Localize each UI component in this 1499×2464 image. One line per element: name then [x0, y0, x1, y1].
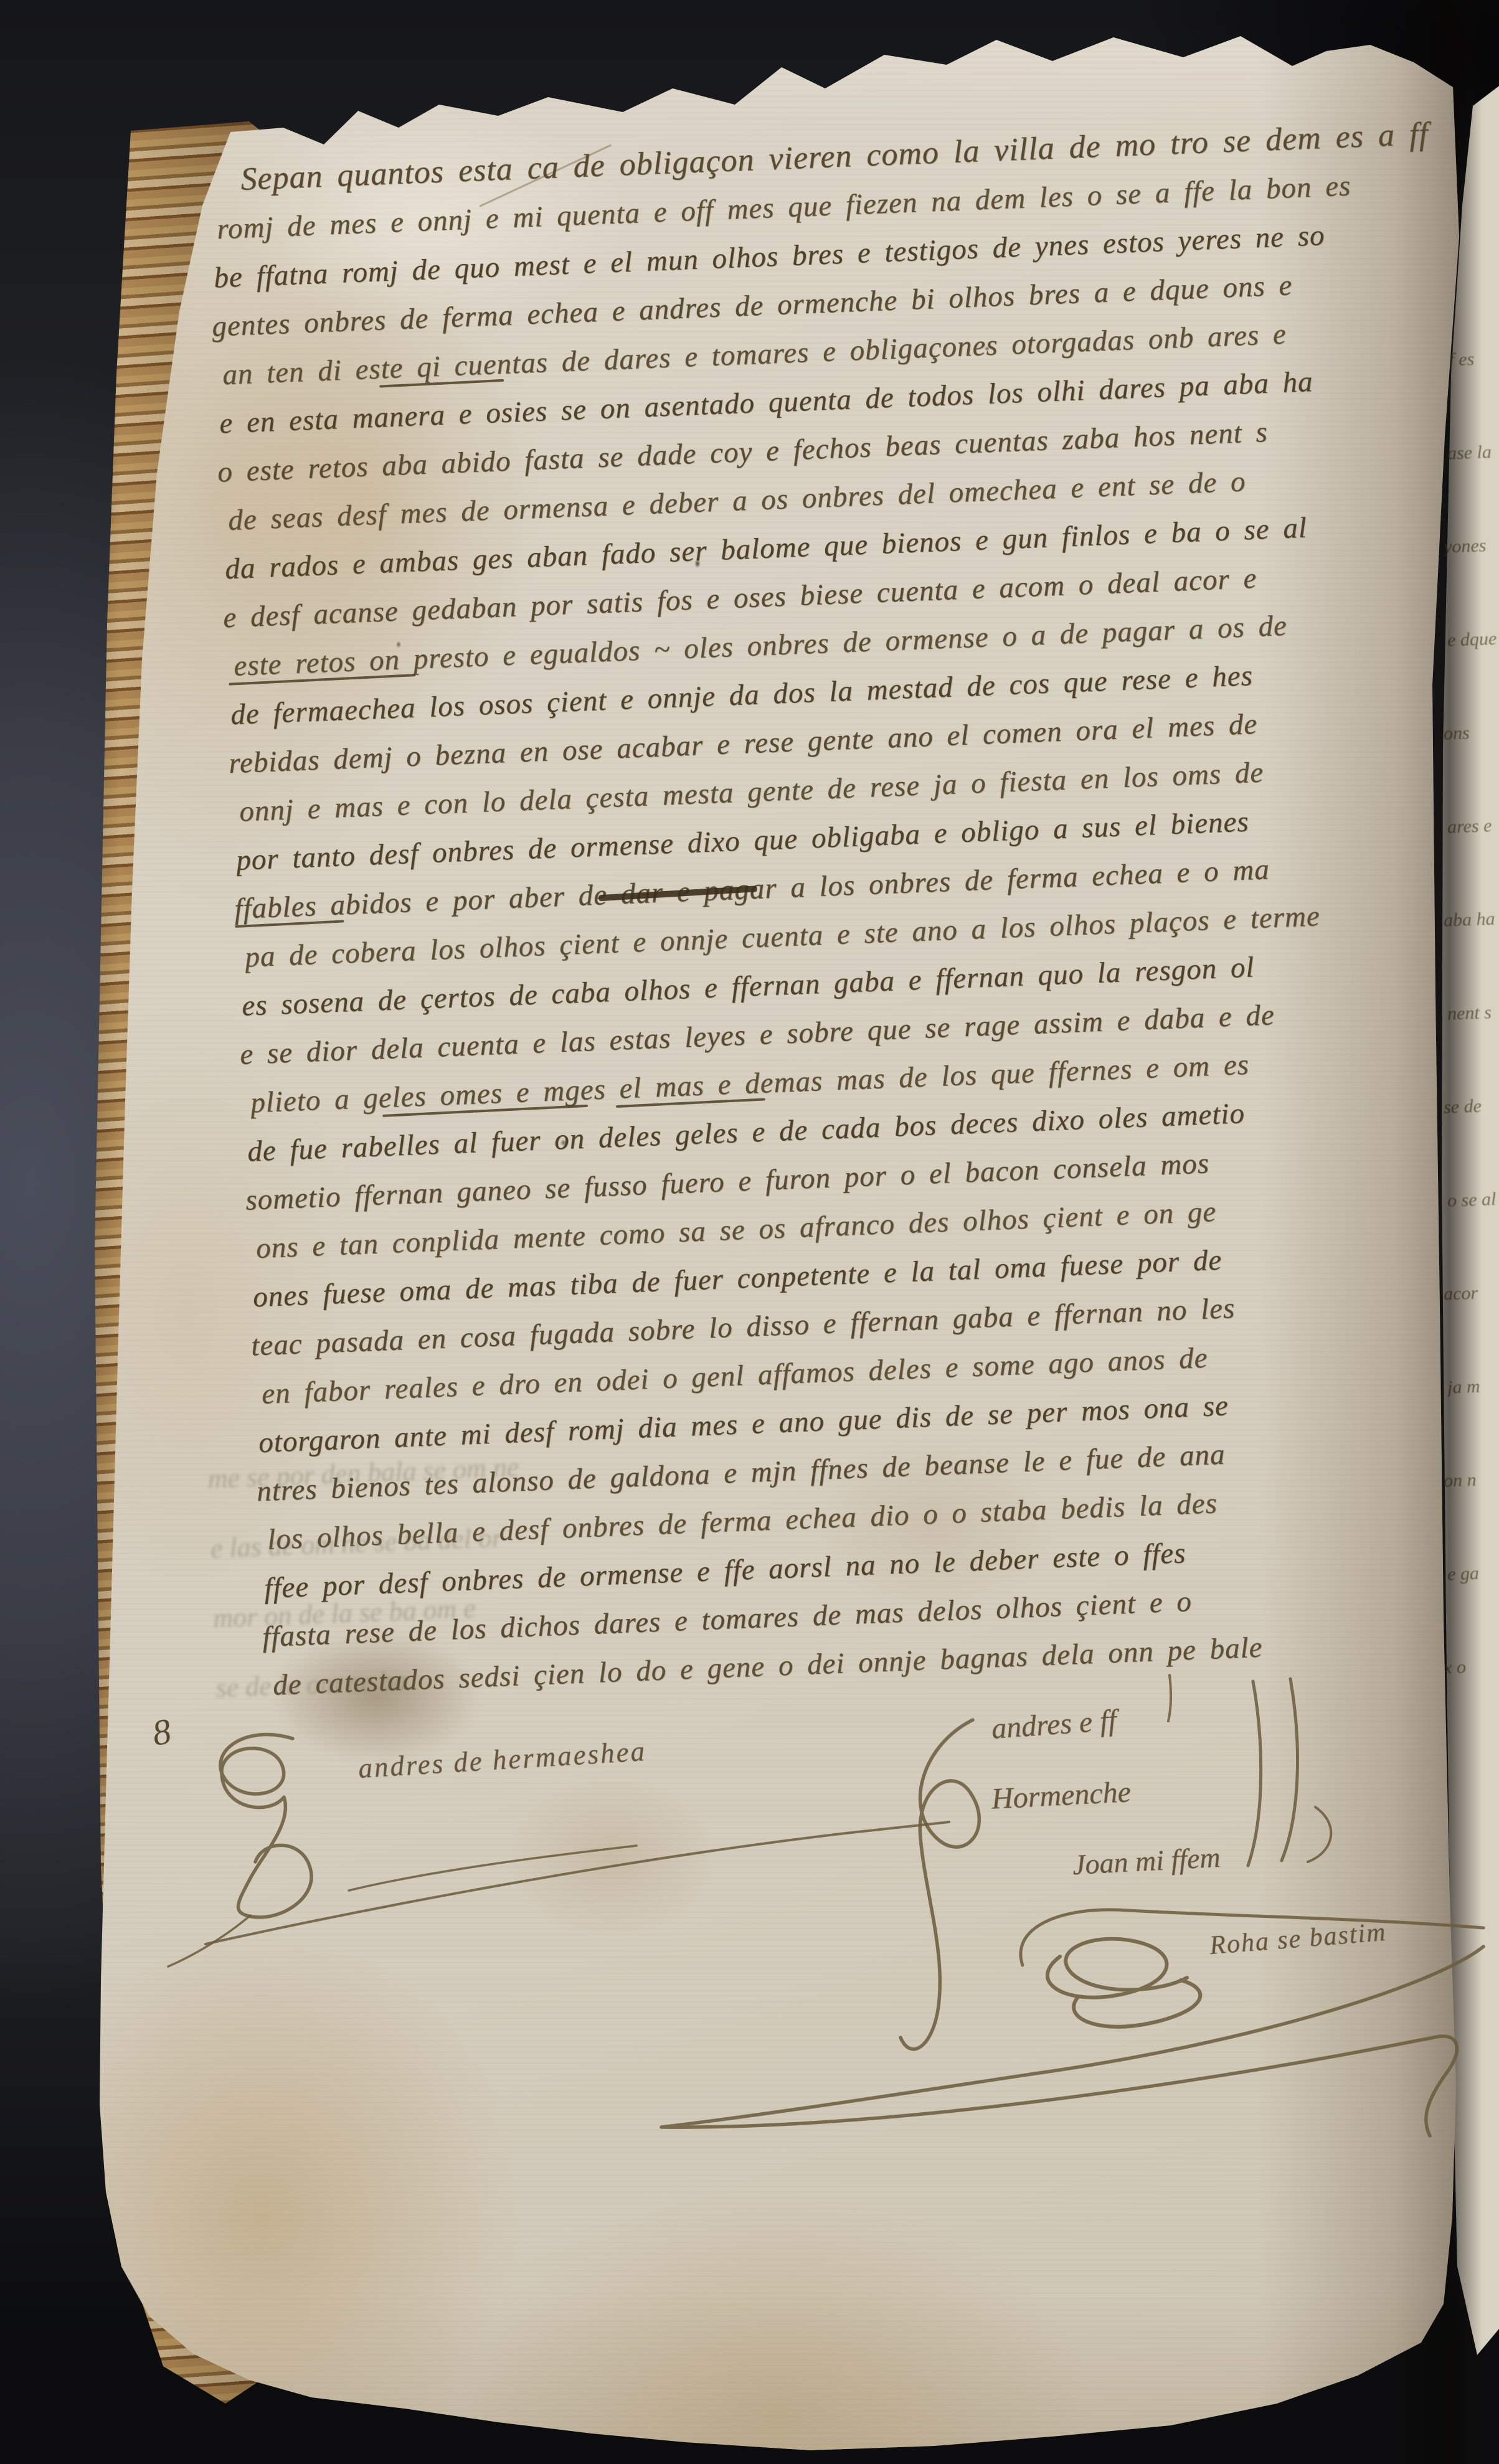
signature-ascender [1168, 1675, 1171, 1721]
rubric-left-tail [206, 1822, 949, 1944]
signature-descender-2 [1282, 1679, 1298, 1861]
signature-rubrics [0, 0, 1499, 2464]
photograph-of-manuscript: ff esase layonese dqueonsares eaba hanen… [0, 0, 1499, 2464]
rubric-left-downstroke [168, 1915, 250, 1966]
rubric-ribbon [901, 1720, 979, 2049]
flourish-loops [1047, 1939, 1200, 2027]
signature-right-name-line2: Hormenche [991, 1775, 1132, 1816]
signature-curl [1308, 1807, 1331, 1862]
signature-block: 8 andres de hermaeshea andres e ff Horme… [0, 0, 1499, 2464]
rubric-left-loops [220, 1735, 311, 1917]
signature-descender-1 [1248, 1681, 1261, 1866]
